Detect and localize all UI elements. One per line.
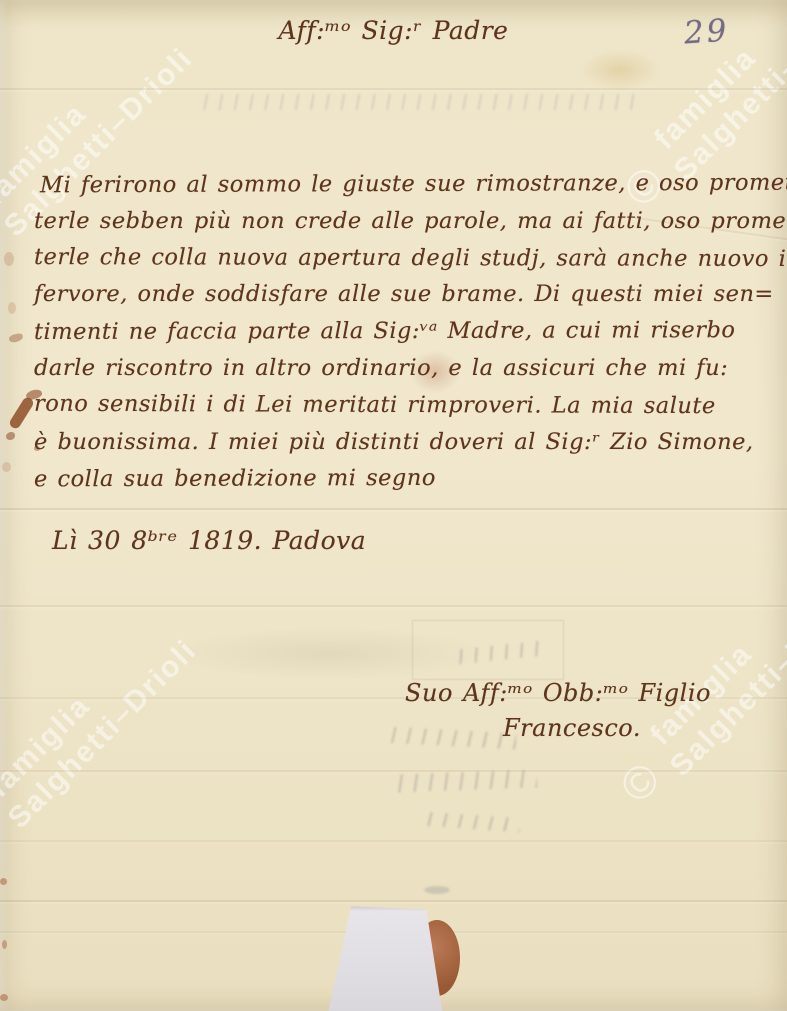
body-line: darle riscontro in altro ordinario, e la… [34, 350, 774, 387]
ink-smudge [8, 396, 35, 431]
paper-speck [2, 940, 7, 949]
ink-smudge [4, 252, 14, 266]
paper-crease [0, 900, 787, 902]
letter-salutation: Aff:ᵐᵒ Sig:ʳ Padre [0, 16, 787, 45]
paper-crease [0, 840, 787, 842]
ink-smudge [2, 462, 11, 472]
ink-bleed-through [200, 94, 640, 110]
pencil-mark [424, 886, 450, 894]
ink-bleed-through [454, 640, 545, 664]
paper-speck [0, 878, 7, 885]
letter-body: Mi ferirono al sommo le giuste sue rimos… [34, 166, 774, 497]
paper-crease [0, 88, 787, 90]
body-line: fervore, onde soddisfare alle sue brame.… [34, 276, 774, 313]
ink-smudge [8, 333, 23, 344]
ink-smudge [8, 302, 16, 314]
ink-bleed-through [412, 620, 564, 680]
paper-stain [560, 40, 680, 100]
body-line: terle che colla nuova apertura degli stu… [34, 239, 774, 278]
letter-dateline: Lì 30 8ᵇʳᵉ 1819. Padova [52, 526, 366, 555]
paper-speck [0, 994, 8, 1001]
paper-crease [0, 605, 787, 607]
watermark-bottom-left: © famiglia Salghetti–Drioli [0, 604, 208, 867]
copyright-icon: © [615, 756, 666, 807]
signature-name: Francesco. [390, 711, 726, 746]
copyright-icon: © [0, 808, 4, 859]
body-line: e colla sua benedizione mi segno [34, 459, 774, 498]
watermark-surname-text: Salghetti–Drioli [1, 630, 207, 836]
ink-bleed-through [424, 812, 521, 833]
watermark-family-text: famiglia [0, 604, 182, 805]
body-line: è buonissima. I miei più distinti doveri… [34, 424, 774, 461]
body-line: rono sensibili i di Lei meritati rimprov… [34, 385, 774, 424]
scanned-letter-page: © famiglia Salghetti–Drioli © famiglia S… [0, 0, 787, 1011]
body-line: Mi ferirono al sommo le giuste sue rimos… [34, 165, 774, 204]
body-line: timenti ne faccia parte alla Sig:ᵛᵃ Madr… [34, 312, 774, 351]
paper-crease [0, 508, 787, 510]
letter-signature: Suo Aff:ᵐᵒ Obb:ᵐᵒ Figlio Francesco. [390, 676, 726, 746]
signature-closing: Suo Aff:ᵐᵒ Obb:ᵐᵒ Figlio [390, 676, 726, 711]
body-line: terle sebben più non crede alle parole, … [34, 203, 774, 240]
ink-smudge [6, 432, 15, 440]
ink-bleed-through [395, 770, 538, 793]
paper-crease [0, 770, 787, 772]
